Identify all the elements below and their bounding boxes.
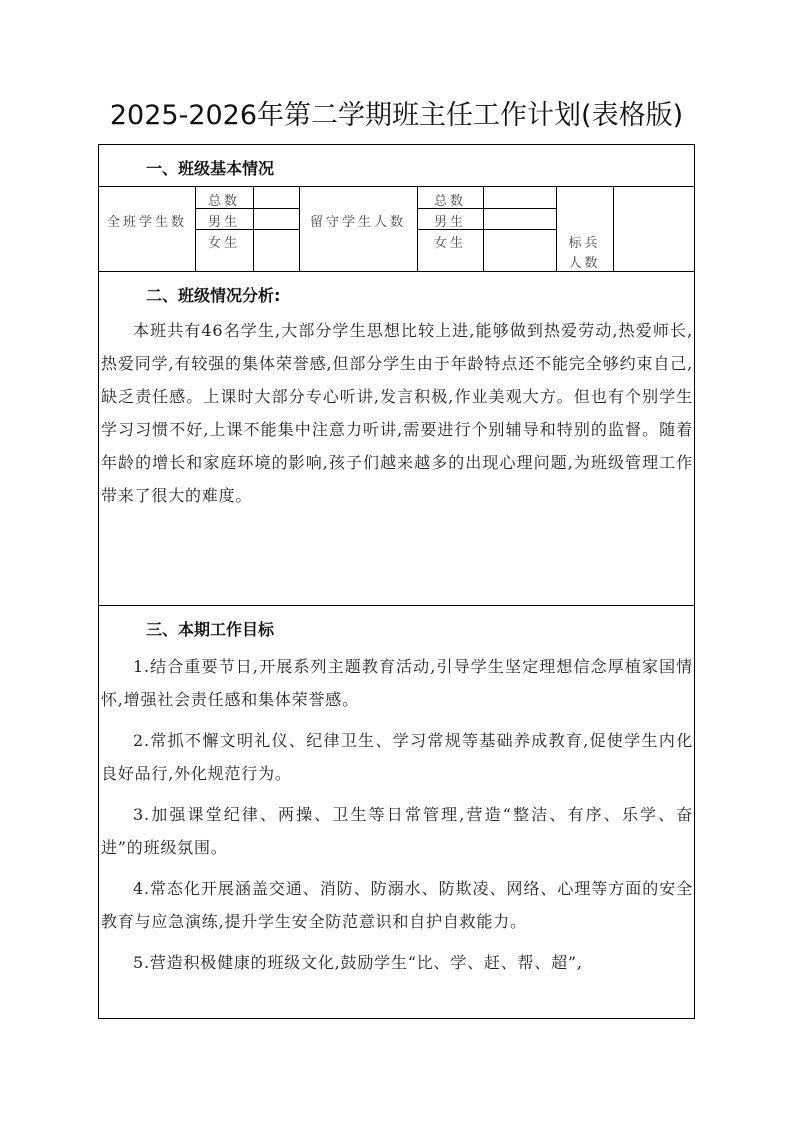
left-behind-female-label: 女生: [417, 232, 483, 251]
model-student-label-2: 人数: [556, 252, 613, 271]
divider: [99, 605, 694, 606]
section1-heading: 一、班级基本情况: [146, 156, 274, 179]
divider: [99, 271, 694, 272]
section3-heading: 三、本期工作目标: [146, 617, 274, 640]
class-total-label: 全班学生数: [99, 211, 195, 230]
divider: [99, 186, 694, 187]
left-behind-total-label: 总数: [417, 190, 483, 209]
section2-heading: 二、班级情况分析:: [146, 283, 280, 306]
document-title: 2025-2026年第二学期班主任工作计划(表格版): [0, 98, 793, 134]
goal-item-5: 5.营造积极健康的班级文化,鼓励学生“比、学、赶、帮、超”,: [101, 946, 693, 979]
class-total-count-label: 总数: [195, 190, 253, 209]
class-male-label: 男生: [195, 211, 253, 230]
left-behind-label: 留守学生人数: [299, 211, 417, 230]
grid-line: [613, 187, 614, 271]
left-behind-male-label: 男生: [417, 211, 483, 230]
class-female-label: 女生: [195, 232, 253, 251]
model-student-label-1: 标兵: [556, 232, 613, 251]
section2-paragraph: 本班共有46名学生,大部分学生思想比较上进,能够做到热爱劳动,热爱师长,热爱同学…: [101, 314, 693, 512]
goal-item-4: 4.常态化开展涵盖交通、消防、防溺水、防欺凌、网络、心理等方面的安全教育与应急演…: [101, 872, 693, 938]
goal-item-1: 1.结合重要节日,开展系列主题教育活动,引导学生坚定理想信念厚植家国情怀,增强社…: [101, 650, 693, 716]
goal-item-2: 2.常抓不懈文明礼仪、纪律卫生、学习常规等基础养成教育,促使学生内化良好品行,外…: [101, 724, 693, 790]
goal-item-3: 3.加强课堂纪律、两操、卫生等日常管理,营造“整洁、有序、乐学、奋进”的班级氛围…: [101, 798, 693, 864]
plan-table: 一、班级基本情况 全班学生数 总数 男生 女生 留守学生人数 总数 男生 女生 …: [98, 144, 695, 1019]
